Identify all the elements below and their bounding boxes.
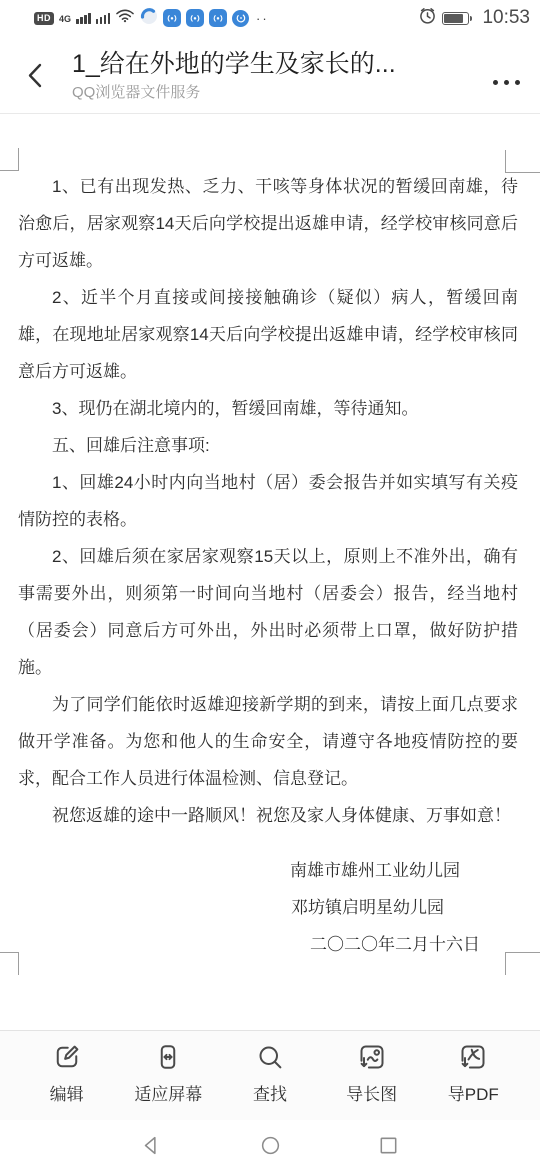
document-viewer[interactable]: 1、已有出现发热、乏力、干咳等身体状况的暂缓回南雄，待治愈后，居家观察14天后向…: [0, 114, 540, 1030]
hotspot-icon: [186, 9, 204, 27]
alarm-clock-icon: [418, 6, 437, 30]
edit-icon: [52, 1042, 82, 1072]
fit-screen-icon: [153, 1042, 183, 1072]
document-paragraph: 2、回雄后须在家居家观察15天以上，原则上不准外出，确有事需要外出，则须第一时间…: [18, 538, 518, 686]
tool-label: 导PDF: [448, 1080, 499, 1105]
export-long-image-icon: [357, 1042, 387, 1072]
status-bar: HD 4G: [0, 0, 540, 36]
find-button[interactable]: 查找: [235, 1042, 305, 1105]
signal-strength-icon: [76, 12, 91, 24]
signature-line: 邓坊镇启明星幼儿园: [18, 889, 518, 926]
page-crop-mark-top-left: [0, 148, 19, 171]
battery-icon: [442, 12, 469, 25]
tool-label: 编辑: [50, 1080, 84, 1105]
export-pdf-button[interactable]: 导PDF: [438, 1042, 508, 1105]
document-paragraph: 为了同学们能依时返雄迎接新学期的到来，请按上面几点要求做开学准备。为您和他人的生…: [18, 686, 518, 797]
bottom-toolbar: 编辑 适应屏幕 查找: [0, 1030, 540, 1120]
status-bar-left: HD 4G: [34, 7, 269, 30]
data-saver-icon: [140, 7, 158, 30]
wifi-icon: [115, 7, 135, 29]
signature-line: 南雄市雄州工业幼儿园: [18, 852, 518, 889]
signature-date: 二〇二〇年二月十六日: [18, 926, 518, 963]
more-status-icons: ··: [256, 12, 269, 25]
back-button[interactable]: [22, 58, 52, 92]
status-bar-right: 10:53: [418, 6, 530, 30]
document-paragraph: 祝您返雄的途中一路顺风！祝您及家人身体健康、万事如意！: [18, 797, 518, 834]
title-block: 1_给在外地的学生及家长的... QQ浏览器文件服务: [72, 46, 470, 104]
android-nav-bar: [0, 1120, 540, 1170]
tool-label: 适应屏幕: [134, 1080, 202, 1105]
overflow-menu-button[interactable]: [491, 74, 522, 91]
edit-button[interactable]: 编辑: [32, 1042, 102, 1105]
network-type-label: 4G: [59, 14, 71, 24]
tool-label: 导长图: [346, 1080, 397, 1105]
document-paragraph: 2、近半个月直接或间接接触确诊（疑似）病人，暂缓回南雄，在现地址居家观察14天后…: [18, 279, 518, 390]
tool-label: 查找: [253, 1080, 287, 1105]
nav-home-button[interactable]: [259, 1134, 282, 1157]
page-title: 1_给在外地的学生及家长的...: [72, 46, 470, 82]
header: 1_给在外地的学生及家长的... QQ浏览器文件服务: [0, 36, 540, 114]
search-icon: [255, 1042, 285, 1072]
status-time: 10:53: [482, 7, 530, 29]
fit-screen-button[interactable]: 适应屏幕: [133, 1042, 203, 1105]
page-subtitle: QQ浏览器文件服务: [72, 82, 470, 104]
document-paragraph: 3、现仍在湖北境内的，暂缓回南雄，等待通知。: [18, 390, 518, 427]
document-body: 1、已有出现发热、乏力、干咳等身体状况的暂缓回南雄，待治愈后，居家观察14天后向…: [18, 168, 518, 963]
hotspot-icon: [163, 9, 181, 27]
signature-block: 南雄市雄州工业幼儿园 邓坊镇启明星幼儿园 二〇二〇年二月十六日: [18, 852, 518, 963]
page-crop-mark-bottom-left: [0, 952, 19, 975]
nav-recents-button[interactable]: [377, 1134, 400, 1157]
hd-badge-icon: HD: [34, 12, 54, 25]
export-pdf-icon: [458, 1042, 488, 1072]
round-app-icon: [232, 10, 249, 27]
signal-strength-2-icon: [96, 12, 111, 24]
document-paragraph: 1、已有出现发热、乏力、干咳等身体状况的暂缓回南雄，待治愈后，居家观察14天后向…: [18, 168, 518, 279]
document-paragraph: 五、回雄后注意事项:: [18, 427, 518, 464]
hotspot-icon: [209, 9, 227, 27]
export-long-image-button[interactable]: 导长图: [337, 1042, 407, 1105]
document-paragraph: 1、回雄24小时内向当地村（居）委会报告并如实填写有关疫情防控的表格。: [18, 464, 518, 538]
nav-back-button[interactable]: [140, 1134, 163, 1157]
